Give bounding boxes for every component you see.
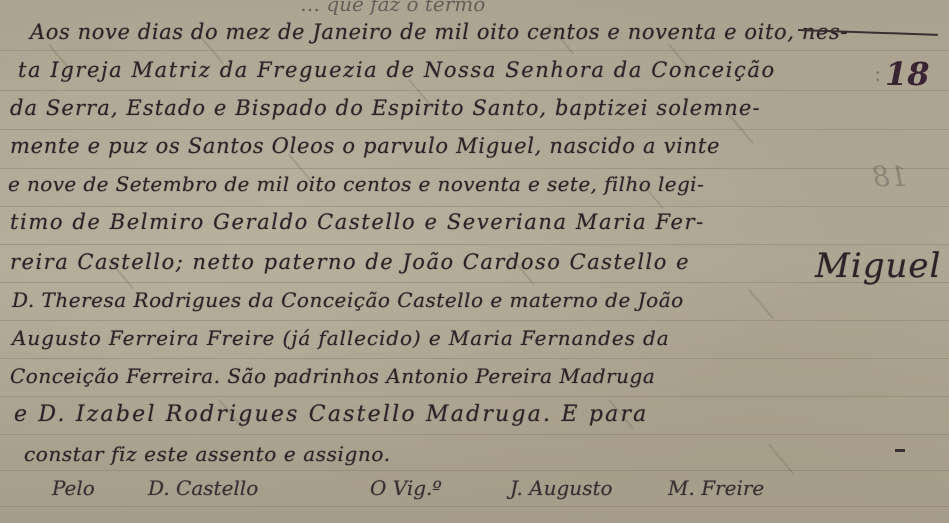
record-line-1: Aos nove dias do mez de Janeiro de mil o… xyxy=(30,20,848,44)
record-line-8: D. Theresa Rodrigues da Conceição Castel… xyxy=(12,288,684,312)
signature-5: M. Freire xyxy=(668,476,764,500)
end-mark xyxy=(895,449,905,452)
entry-number: 18 xyxy=(885,55,930,93)
record-line-2: ta Igreja Matriz da Freguezia de Nossa S… xyxy=(18,58,776,82)
ruling-line xyxy=(0,470,949,471)
ruling-line xyxy=(0,90,949,91)
ruling-line xyxy=(0,282,949,283)
signature-2: D. Castello xyxy=(148,476,258,500)
record-line-7: reira Castello; netto paterno de João Ca… xyxy=(10,250,690,274)
signature-4: J. Augusto xyxy=(510,476,613,500)
ruling-line xyxy=(0,320,949,321)
bleed-through-mark xyxy=(748,289,774,319)
bleed-through-number: 18 xyxy=(872,160,908,193)
record-line-3: da Serra, Estado e Bispado do Espirito S… xyxy=(10,96,761,120)
ruling-line xyxy=(0,434,949,435)
ruling-line xyxy=(0,506,949,507)
signature-1: Pelo xyxy=(52,476,95,500)
ruling-line xyxy=(0,129,949,130)
register-page: … que faz o termo Aos nove dias do mez d… xyxy=(0,0,949,523)
margin-child-name: Miguel xyxy=(815,246,941,286)
ruling-line xyxy=(0,50,949,51)
record-line-10: Conceição Ferreira. São padrinhos Antoni… xyxy=(10,364,655,388)
ruling-line xyxy=(0,358,949,359)
record-line-6: timo de Belmiro Geraldo Castello e Sever… xyxy=(10,210,705,234)
ruling-line xyxy=(0,396,949,397)
signature-3: O Vig.º xyxy=(370,476,442,500)
record-line-11: e D. Izabel Rodrigues Castello Madruga. … xyxy=(14,402,648,427)
record-line-12: constar fiz este assento e assigno. xyxy=(24,442,391,466)
record-line-9: Augusto Ferreira Freire (já fallecido) e… xyxy=(12,326,670,350)
record-line-5: e nove de Setembro de mil oito centos e … xyxy=(8,172,704,196)
entry-number-ghost-mark: : xyxy=(874,62,881,87)
ruling-line xyxy=(0,168,949,169)
ruling-line xyxy=(0,206,949,207)
previous-entry-fragment: … que faz o termo xyxy=(300,0,485,16)
record-line-4: mente e puz os Santos Oleos o parvulo Mi… xyxy=(10,134,720,158)
ruling-line xyxy=(0,244,949,245)
